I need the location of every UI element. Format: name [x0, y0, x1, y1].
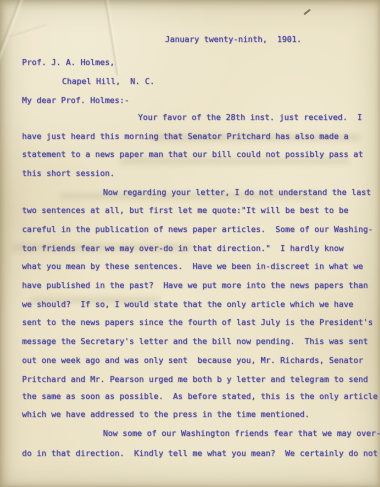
body-line: Now some of our Washington friends fear …	[103, 428, 380, 438]
pen-mark	[303, 9, 310, 15]
body-line: out one week ago and was only sent becau…	[22, 355, 363, 365]
body-line: message the Secretary's letter and the b…	[22, 336, 368, 346]
body-line: Now regarding your letter, I do not unde…	[103, 187, 371, 197]
date-line: January twenty-ninth, 1901.	[165, 34, 301, 44]
body-line: what you mean by these sentences. Have w…	[22, 261, 363, 271]
recipient-name-line: Prof. J. A. Holmes,	[22, 57, 115, 67]
body-line: Pritchard and Mr. Pearson urged me both …	[22, 374, 368, 384]
body-line: ton friends fear we may over-do in that …	[22, 243, 344, 253]
letter-page: January twenty-ninth, 1901. Prof. J. A. …	[0, 0, 380, 487]
body-line: statement to a news paper man that our b…	[22, 149, 363, 159]
body-line: have published in the past? Have we put …	[22, 280, 368, 290]
body-line: have just heard this morning that Senato…	[22, 131, 348, 141]
body-line: we should? If so, I would state that the…	[22, 299, 353, 309]
recipient-address-line: Chapel Hill, N. C.	[62, 76, 155, 86]
paper-crease	[9, 24, 48, 39]
salutation-line: My dear Prof. Holmes:-	[22, 95, 129, 105]
body-line: this short session.	[22, 168, 115, 178]
body-line: Your favor of the 28th inst. just receiv…	[138, 112, 362, 122]
body-line: careful in the publication of news paper…	[22, 224, 373, 234]
body-line: do in that direction. Kindly tell me wha…	[22, 448, 378, 458]
paper-crease	[0, 0, 26, 64]
body-line: the same as soon as possible. As before …	[22, 391, 378, 401]
body-line: sent to the news papers since the fourth…	[22, 317, 373, 327]
body-line: two sentences at all, but first let me q…	[22, 205, 348, 215]
body-line: which we have addressed to the press in …	[22, 409, 310, 419]
